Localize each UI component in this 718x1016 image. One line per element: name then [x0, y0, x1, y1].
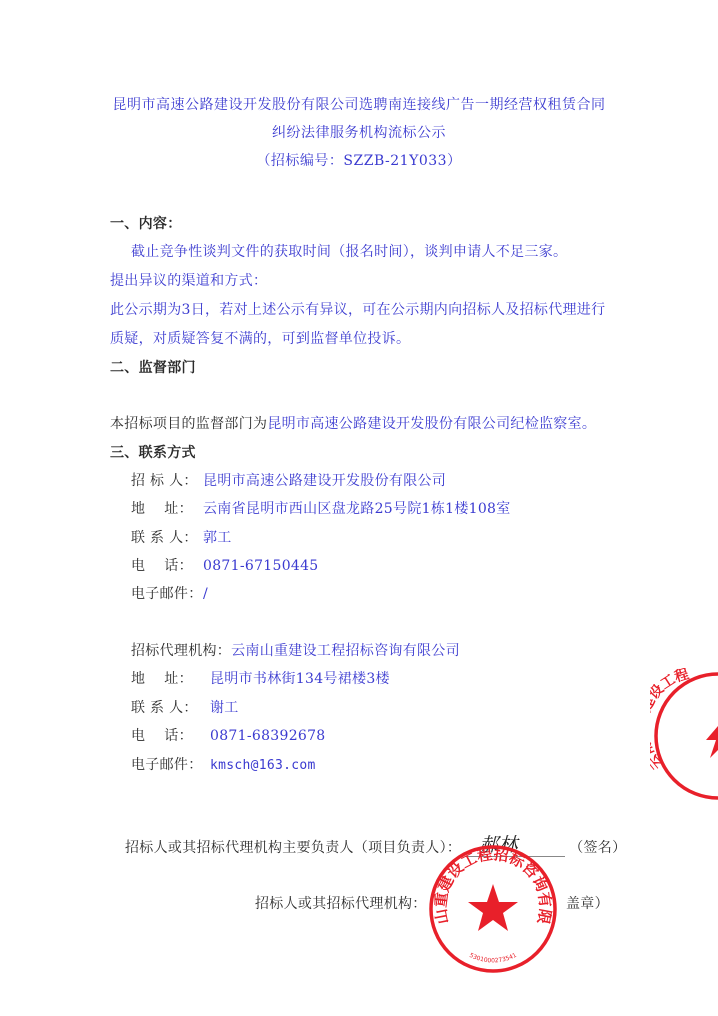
section1-heading: 一、内容：: [110, 213, 182, 233]
supervision-line: 本招标项目的监督部门为昆明市高速公路建设开发股份有限公司纪检监察室。: [110, 413, 596, 433]
tenderer-phone-label: 电 话：: [131, 555, 203, 575]
tenderer-name-row: 招 标 人：昆明市高速公路建设开发股份有限公司: [131, 470, 446, 490]
tenderer-address-row: 地 址：云南省昆明市西山区盘龙路25号院1栋1楼108室: [131, 498, 511, 518]
agency-phone-label: 电 话：: [131, 725, 210, 745]
seal-suffix: 盖章）: [566, 893, 609, 913]
tenderer-name: 昆明市高速公路建设开发股份有限公司: [203, 473, 446, 489]
tenderer-email-row: 电子邮件：/: [131, 583, 208, 603]
signature-suffix: （签名）: [569, 840, 626, 856]
seal-label: 招标人或其招标代理机构：: [255, 893, 427, 913]
tenderer-contact-label: 联 系 人：: [131, 527, 203, 547]
agency-email-label: 电子邮件：: [131, 754, 210, 774]
tenderer-address: 云南省昆明市西山区盘龙路25号院1栋1楼108室: [203, 501, 511, 517]
agency-contact: 谢工: [210, 700, 239, 716]
tenderer-email: /: [203, 586, 208, 602]
signature-label: 招标人或其招标代理机构主要负责人（项目负责人）：: [125, 840, 461, 856]
agency-phone: 0871-68392678: [210, 728, 326, 744]
agency-address-row: 地 址：昆明市书林街134号裙楼3楼: [131, 668, 390, 688]
tenderer-contact: 郭工: [203, 530, 232, 546]
agency-name-row: 招标代理机构：云南山重建设工程招标咨询有限公司: [131, 640, 460, 660]
section1-content: 截止竞争性谈判文件的获取时间（报名时间），谈判申请人不足三家。: [131, 241, 567, 261]
document-page: 昆明市高速公路建设开发股份有限公司选聘南连接线广告一期经营权租赁合同 纠纷法律服…: [0, 0, 718, 1016]
svg-text:5301000273541: 5301000273541: [468, 952, 518, 965]
star-icon: [706, 726, 718, 758]
star-icon: [468, 884, 518, 931]
section3-heading: 三、联系方式: [110, 442, 196, 462]
bid-number: （招标编号：SZZB-21Y033）: [0, 150, 718, 170]
agency-email-row: 电子邮件：kmsch@163.com: [131, 754, 316, 774]
agency-name: 云南山重建设工程招标咨询有限公司: [231, 643, 460, 659]
partial-seal-stamp: 云南山重建设工程: [650, 668, 718, 804]
document-title-line2: 纠纷法律服务机构流标公示: [0, 122, 718, 142]
agency-address-label: 地 址：: [131, 668, 210, 688]
objection-line1: 此公示期为3日，若对上述公示有异议，可在公示期内向招标人及招标代理进行: [110, 299, 605, 319]
tenderer-name-label: 招 标 人：: [131, 470, 203, 490]
tenderer-phone-row: 电 话：0871-67150445: [131, 555, 319, 575]
document-title-line1: 昆明市高速公路建设开发股份有限公司选聘南连接线广告一期经营权租赁合同: [0, 94, 718, 114]
tenderer-contact-row: 联 系 人：郭工: [131, 527, 232, 547]
supervision-department: 昆明市高速公路建设开发股份有限公司纪检监察室。: [267, 416, 596, 432]
agency-contact-row: 联 系 人：谢工: [131, 697, 239, 717]
section2-heading: 二、监督部门: [110, 357, 196, 377]
objection-heading: 提出异议的渠道和方式：: [110, 270, 267, 290]
tenderer-address-label: 地 址：: [131, 498, 203, 518]
tenderer-phone: 0871-67150445: [203, 558, 319, 574]
objection-line2: 质疑，对质疑答复不满的，可到监督单位投诉。: [110, 328, 410, 348]
agency-email: kmsch@163.com: [210, 758, 316, 773]
agency-phone-row: 电 话：0871-68392678: [131, 725, 326, 745]
company-seal-stamp: 云南山重建设工程招标咨询有限公司 5301000273541: [426, 842, 560, 976]
tenderer-email-label: 电子邮件：: [131, 583, 203, 603]
supervision-prefix: 本招标项目的监督部门为: [110, 416, 267, 432]
agency-contact-label: 联 系 人：: [131, 697, 210, 717]
agency-name-label: 招标代理机构：: [131, 640, 231, 660]
agency-address: 昆明市书林街134号裙楼3楼: [210, 671, 390, 687]
